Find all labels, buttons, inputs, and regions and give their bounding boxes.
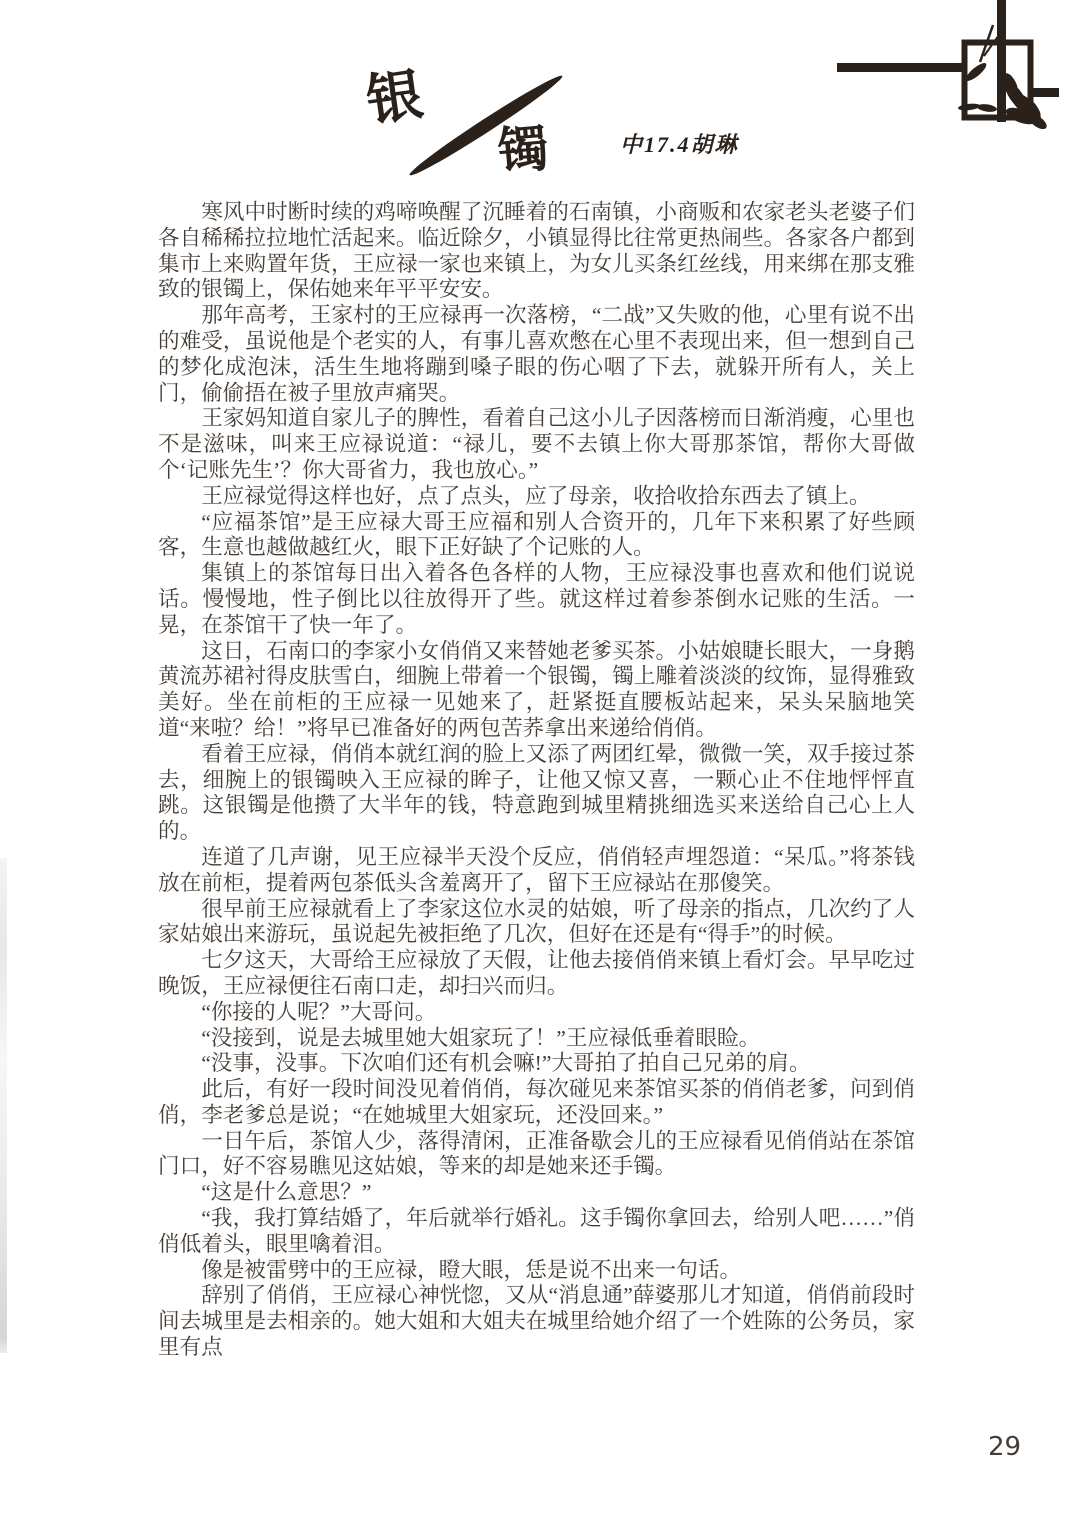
story-paragraph: “应福茶馆”是王应禄大哥王应福和别人合资开的，几年下来积累了好些顾客，生意也越做… [158, 510, 915, 562]
story-paragraph: “这是什么意思？” [158, 1180, 915, 1206]
scan-artifact-left-edge [0, 858, 7, 1353]
title-char-yin: 银 [361, 50, 428, 137]
story-paragraph: 王应禄觉得这样也好，点了点头，应了母亲，收拾收拾东西去了镇上。 [158, 484, 915, 510]
story-paragraph: 看着王应禄，俏俏本就红润的脸上又添了两团红晕，微微一笑，双手接过茶去，细腕上的银… [158, 742, 915, 845]
story-paragraph: 王家妈知道自家儿子的脾性，看着自己这小儿子因落榜而日渐消瘦，心里也不是滋味，叫来… [158, 406, 915, 483]
story-paragraph: “没接到，说是去城里她大姐家玩了！”王应禄低垂着眼睑。 [158, 1026, 915, 1052]
author-byline: 中17.4胡琳 [620, 128, 739, 159]
story-paragraph: “我，我打算结婚了，年后就举行婚礼。这手镯你拿回去，给别人吧……”俏俏低着头，眼… [158, 1206, 915, 1258]
story-paragraph: 很早前王应禄就看上了李家这位水灵的姑娘，听了母亲的指点，几次约了人家姑娘出来游玩… [158, 897, 915, 949]
story-paragraph: 辞别了俏俏，王应禄心神恍惚，又从“消息通”薛婆那儿才知道，俏俏前段时间去城里是去… [158, 1283, 915, 1360]
decor-vertical-rule [997, 0, 1006, 122]
story-paragraph: 那年高考，王家村的王应禄再一次落榜，“二战”又失败的他，心里有说不出的难受，虽说… [158, 303, 915, 406]
story-paragraph: 寒风中时断时续的鸡啼唤醒了沉睡着的石南镇，小商贩和农家老头老婆子们各自稀稀拉拉地… [158, 200, 915, 303]
story-paragraph: 此后，有好一段时间没见着俏俏，每次碰见来茶馆买茶的俏俏老爹，问到俏俏，李老爹总是… [158, 1077, 915, 1129]
story-paragraph: 一日午后，茶馆人少，落得清闲，正准备歇会儿的王应禄看见俏俏站在茶馆门口，好不容易… [158, 1129, 915, 1181]
story-paragraph: “你接的人呢？”大哥问。 [158, 1000, 915, 1026]
story-body: 寒风中时断时续的鸡啼唤醒了沉睡着的石南镇，小商贩和农家老头老婆子们各自稀稀拉拉地… [158, 200, 915, 1361]
title-char-zhuo: 镯 [495, 108, 551, 184]
decor-left-rule [837, 63, 964, 72]
story-paragraph: 七夕这天，大哥给王应禄放了天假，让他去接俏俏来镇上看灯会。早早吃过晚饭，王应禄便… [158, 948, 915, 1000]
bamboo-frame-icon [830, 0, 1080, 140]
decor-right-rule [1031, 88, 1059, 97]
story-paragraph: 这日，石南口的李家小女俏俏又来替她老爹买茶。小姑娘睫长眼大，一身鹅黄流苏裙衬得皮… [158, 639, 915, 742]
story-paragraph: 像是被雷劈中的王应禄，瞪大眼，恁是说不出来一句话。 [158, 1258, 915, 1284]
story-paragraph: “没事，没事。下次咱们还有机会嘛!”大哥拍了拍自己兄弟的肩。 [158, 1051, 915, 1077]
story-paragraph: 集镇上的茶馆每日出入着各色各样的人物，王应禄没事也喜欢和他们说说话。慢慢地，性子… [158, 561, 915, 638]
story-paragraph: 连道了几声谢，见王应禄半天没个反应，俏俏轻声埋怨道：“呆瓜。”将茶钱放在前柜，提… [158, 845, 915, 897]
page-number: 29 [988, 1432, 1021, 1462]
